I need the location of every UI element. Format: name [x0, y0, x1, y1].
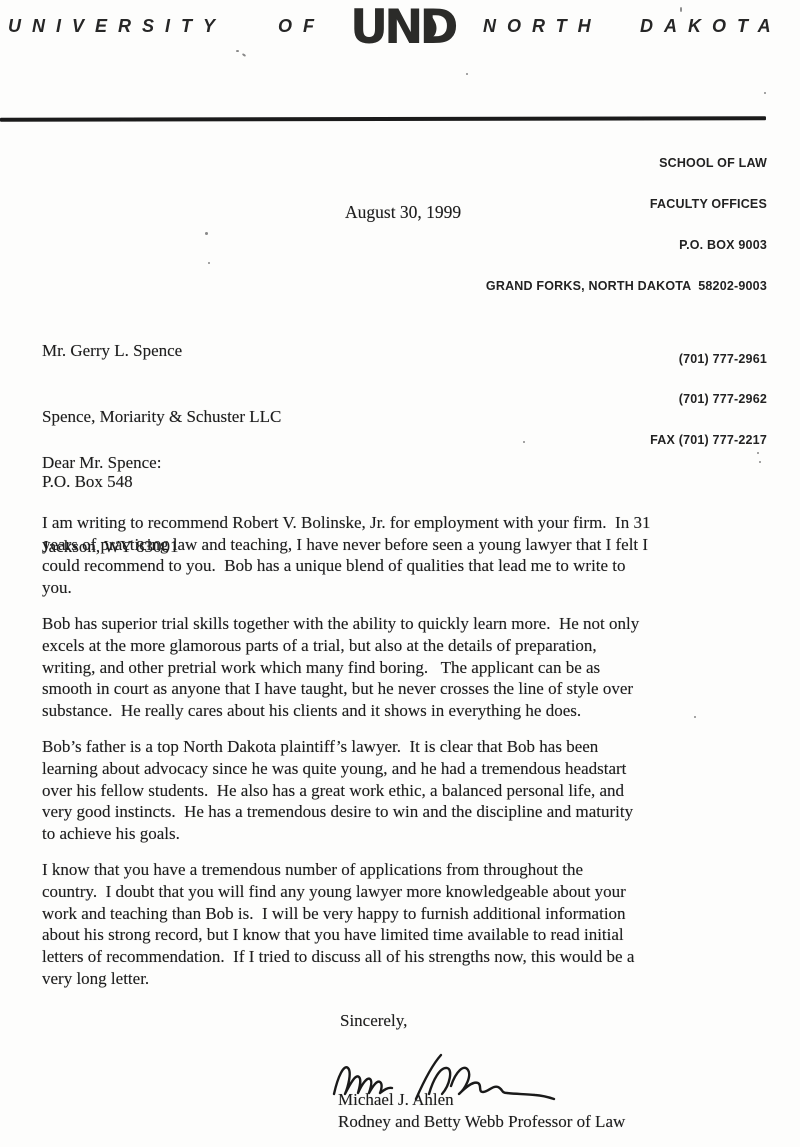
body-line: excels at the more glamorous parts of a …: [42, 635, 782, 657]
paragraph-4: I know that you have a tremendous number…: [42, 859, 782, 989]
recipient-line: P.O. Box 548: [42, 471, 281, 493]
valediction: Sincerely,: [340, 1010, 407, 1032]
salutation: Dear Mr. Spence:: [42, 452, 161, 474]
phone-line: (701) 777-2962: [486, 393, 767, 407]
letterhead-word-university: UNIVERSITY: [8, 16, 226, 37]
body-line: letters of recommendation. If I tried to…: [42, 946, 782, 968]
recipient-line: Mr. Gerry L. Spence: [42, 340, 281, 362]
signer-name: Michael J. Ahlen: [338, 1089, 454, 1111]
body-line: could recommend to you. Bob has a unique…: [42, 555, 782, 577]
sender-line: SCHOOL OF LAW: [486, 157, 767, 171]
fax-line: FAX (701) 777-2217: [486, 434, 767, 448]
body-line: substance. He really cares about his cli…: [42, 700, 782, 722]
paragraph-1: I am writing to recommend Robert V. Boli…: [42, 512, 782, 599]
scan-speck: [757, 452, 759, 454]
scan-speck: [764, 92, 766, 94]
letterhead-word-north: NORTH: [483, 16, 602, 37]
body-line: years of practicing law and teaching, I …: [42, 534, 782, 556]
scan-speck: [205, 232, 208, 235]
body-line: Bob’s father is a top North Dakota plain…: [42, 736, 782, 758]
body-line: very good instincts. He has a tremendous…: [42, 801, 782, 823]
scan-speck: [523, 441, 525, 443]
sender-line: FACULTY OFFICES: [486, 198, 767, 212]
signer-title: Rodney and Betty Webb Professor of Law: [338, 1111, 625, 1133]
body-line: I know that you have a tremendous number…: [42, 859, 782, 881]
body-line: Bob has superior trial skills together w…: [42, 613, 782, 635]
sender-address-block: SCHOOL OF LAW FACULTY OFFICES P.O. BOX 9…: [486, 130, 767, 502]
body-line: work and teaching than Bob is. I will be…: [42, 903, 782, 925]
letterhead-word-dakota: DAKOTA: [640, 16, 782, 37]
scan-speck: [680, 7, 682, 12]
body-line: learning about advocacy since he was qui…: [42, 758, 782, 780]
body-line: you.: [42, 577, 782, 599]
flame-icon: [424, 14, 437, 38]
letter-date: August 30, 1999: [345, 202, 461, 224]
letterhead-rule: [0, 116, 766, 122]
body-line: over his fellow students. He also has a …: [42, 780, 782, 802]
paragraph-3: Bob’s father is a top North Dakota plain…: [42, 736, 782, 845]
letter-body: I am writing to recommend Robert V. Boli…: [42, 512, 782, 1004]
body-line: very long letter.: [42, 968, 782, 990]
letter-page: UNIVERSITY OF UND NORTH DAKOTA SCHOOL OF…: [0, 0, 800, 1147]
sender-line: GRAND FORKS, NORTH DAKOTA 58202-9003: [486, 280, 767, 294]
scan-speck: [236, 50, 239, 52]
sender-phone-block: (701) 777-2961 (701) 777-2962 FAX (701) …: [486, 325, 767, 475]
body-line: writing, and other pretrial work which m…: [42, 657, 782, 679]
body-line: about his strong record, but I know that…: [42, 924, 782, 946]
body-line: smooth in court as anyone that I have ta…: [42, 678, 782, 700]
und-logo: UND: [350, 1, 450, 59]
sender-line: P.O. BOX 9003: [486, 239, 767, 253]
scan-speck: [466, 73, 468, 75]
body-line: country. I doubt that you will find any …: [42, 881, 782, 903]
phone-line: (701) 777-2961: [486, 353, 767, 367]
scan-speck: [694, 716, 696, 718]
letterhead-word-of: OF: [278, 16, 325, 37]
body-line: to achieve his goals.: [42, 823, 782, 845]
body-line: I am writing to recommend Robert V. Boli…: [42, 512, 782, 534]
recipient-line: Spence, Moriarity & Schuster LLC: [42, 406, 281, 428]
paragraph-2: Bob has superior trial skills together w…: [42, 613, 782, 722]
scan-speck: [242, 53, 246, 57]
scan-speck: [759, 461, 761, 463]
scan-speck: [208, 262, 210, 264]
